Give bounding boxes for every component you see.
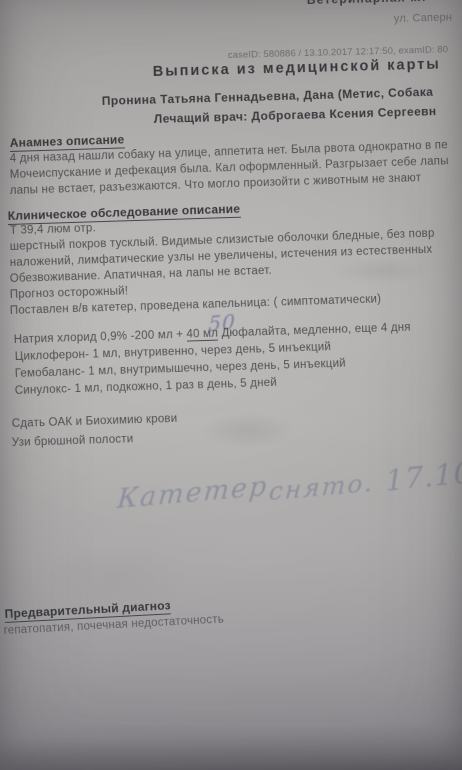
clinical-line: Прогноз осторожный!	[10, 285, 129, 301]
prescription-line: Синулокс- 1 мл, подкожно, 1 раз в день, …	[15, 377, 277, 397]
clinic-address: ул. Саперн	[394, 11, 453, 25]
clinical-line: Обезвоживание. Апатичная, на лапы не вст…	[10, 265, 272, 285]
handwritten-note-date: 17.10	[385, 455, 462, 498]
clinical-heading-text: Клиническое обследование описание	[8, 202, 241, 225]
document-photo: Ветеринарная кл ул. Саперн caseID: 58088…	[0, 0, 462, 770]
rx-nacl-before: Натрия хлорид 0,9% -200 мл +	[14, 329, 187, 346]
clinic-name: Ветеринарная кл	[307, 0, 427, 7]
test-recommendation: Узи брюшной полости	[12, 433, 134, 449]
handwritten-note-word2: снято.	[268, 467, 375, 506]
rx-nacl-after: Дюфалайта, медленно, еще 4 дня	[218, 322, 411, 340]
handwritten-note-word1: Катетер	[116, 470, 270, 515]
pencil-smudge	[330, 258, 430, 284]
clinical-heading: Клиническое обследование описание	[8, 202, 241, 223]
test-recommendation: Сдать ОАК и Биохимию крови	[12, 413, 178, 430]
doctor-line: Лечащий врач: Доброгаева Ксения Сергеевн	[154, 104, 437, 126]
clinical-line: Т 39,4 люм отр.	[10, 222, 96, 237]
anamnesis-heading: Анамнез описание	[10, 132, 125, 150]
rx-nacl-underlined-dose: 40 мл	[186, 328, 218, 342]
pencil-smudge	[200, 412, 295, 448]
owner-patient-line: Пронина Татьяна Геннадьевна, Дана (Метис…	[102, 85, 434, 108]
document-title: Выписка из медицинской карты	[153, 56, 441, 80]
